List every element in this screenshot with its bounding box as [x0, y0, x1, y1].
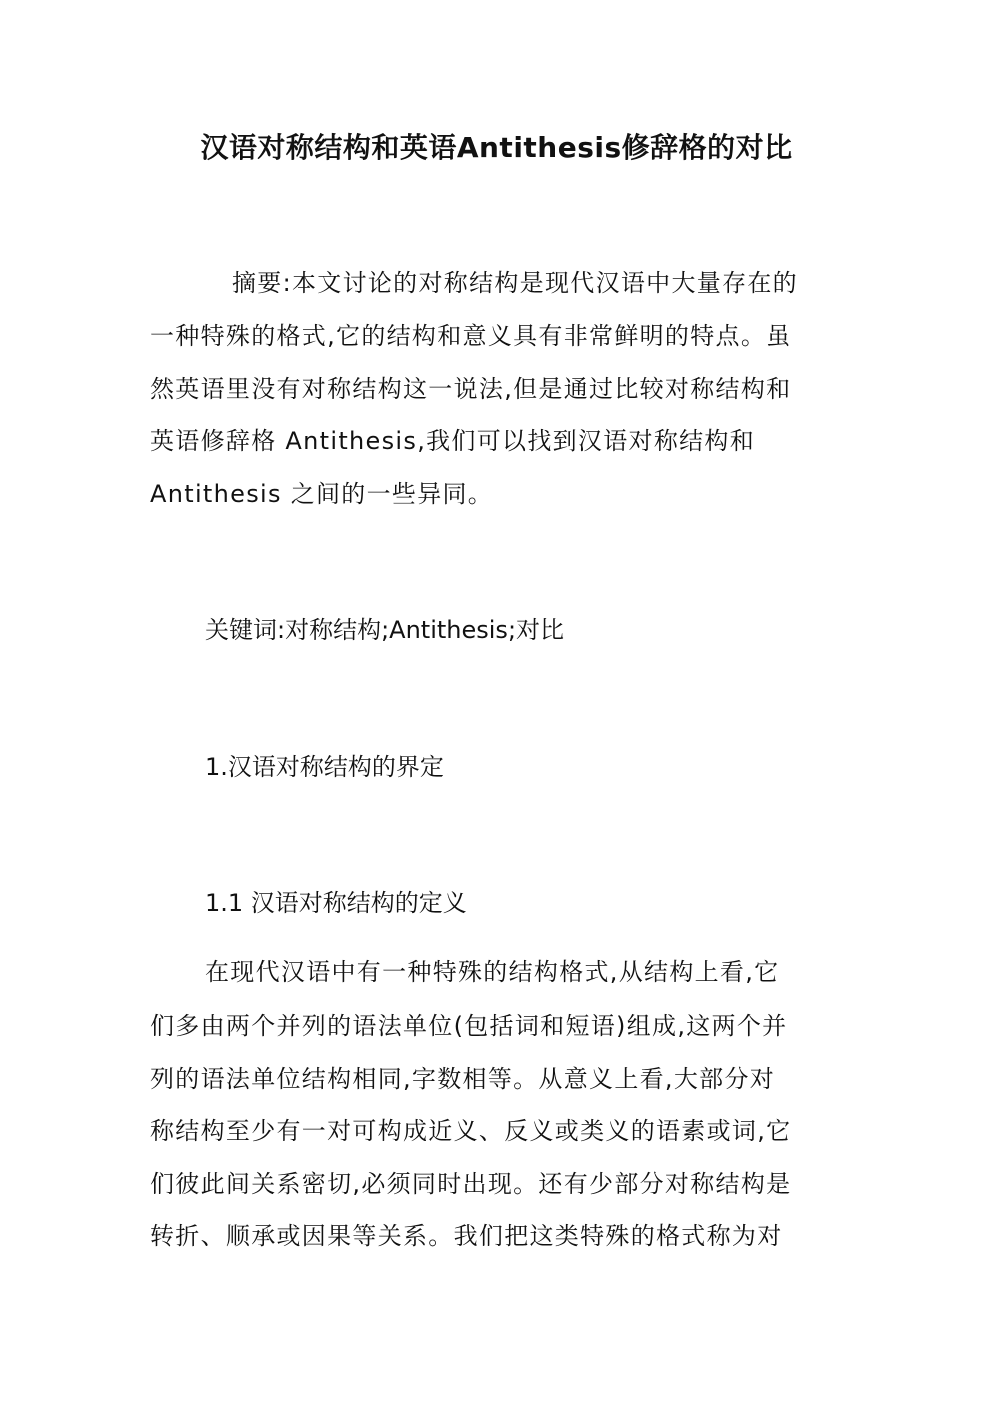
body-line: 称结构至少有一对可构成近义、反义或类义的语素或词,它: [150, 1116, 791, 1146]
abstract-line: 一种特殊的格式,它的结构和意义具有非常鲜明的特点。虽: [150, 321, 791, 351]
body-line: 们彼此间关系密切,必须同时出现。还有少部分对称结构是: [150, 1169, 791, 1199]
body-line: 列的语法单位结构相同,字数相等。从意义上看,大部分对: [150, 1064, 775, 1094]
abstract-line: Antithesis 之间的一些异同。: [150, 479, 493, 509]
document-title: 汉语对称结构和英语Antithesis修辞格的对比: [0, 130, 993, 166]
abstract-line: 英语修辞格 Antithesis,我们可以找到汉语对称结构和: [150, 426, 755, 456]
body-line: 们多由两个并列的语法单位(包括词和短语)组成,这两个并: [150, 1011, 787, 1041]
body-line: 在现代汉语中有一种特殊的结构格式,从结构上看,它: [205, 957, 779, 987]
keywords: 关键词:对称结构;Antithesis;对比: [205, 615, 564, 645]
body-line: 转折、顺承或因果等关系。我们把这类特殊的格式称为对: [150, 1221, 783, 1251]
section-heading: 1.汉语对称结构的界定: [205, 752, 444, 782]
subsection-heading: 1.1 汉语对称结构的定义: [205, 888, 467, 918]
abstract-line: 摘要:本文讨论的对称结构是现代汉语中大量存在的: [232, 268, 798, 298]
abstract-line: 然英语里没有对称结构这一说法,但是通过比较对称结构和: [150, 374, 791, 404]
